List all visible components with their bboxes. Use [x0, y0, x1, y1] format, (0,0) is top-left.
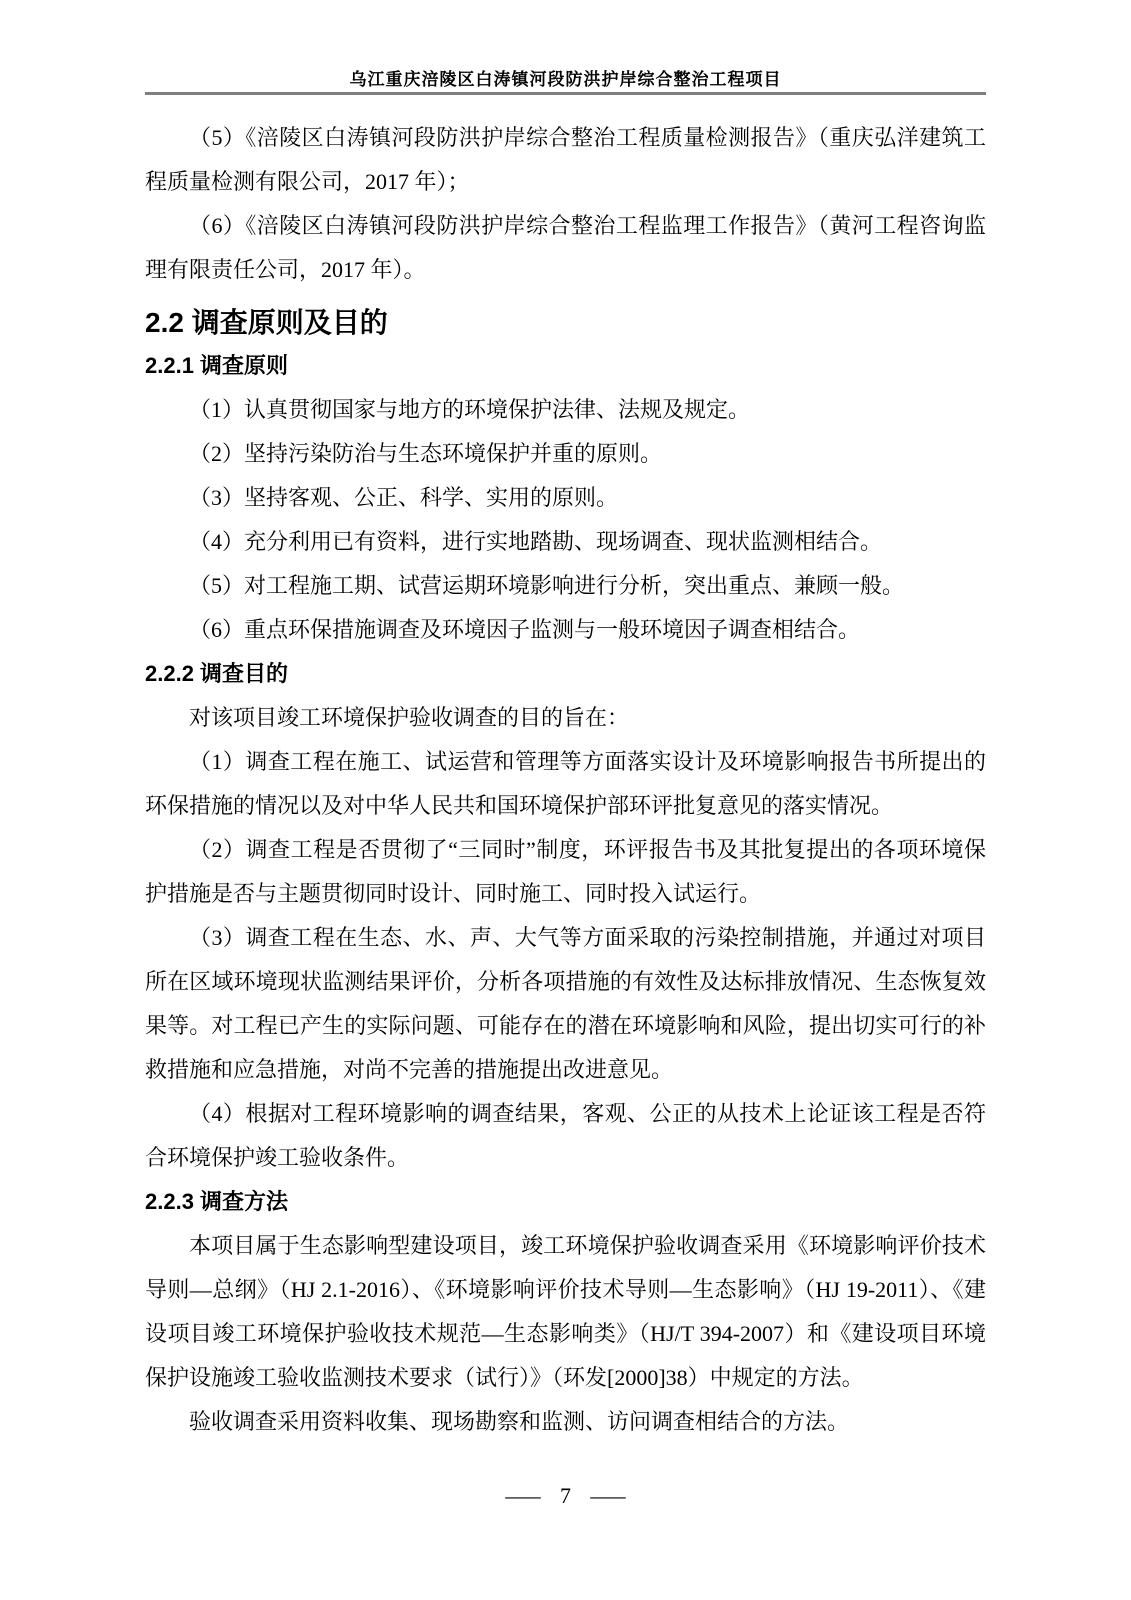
header-title: 乌江重庆涪陵区白涛镇河段防洪护岸综合整治工程项目: [145, 70, 986, 90]
principle-item-2: （2）坚持污染防治与生态环境保护并重的原则。: [145, 432, 986, 476]
principle-item-6: （6）重点环保措施调查及环境因子监测与一般环境因子调查相结合。: [145, 608, 986, 652]
document-body: （5）《涪陵区白涛镇河段防洪护岸综合整治工程质量检测报告》（重庆弘洋建筑工程质量…: [145, 116, 986, 1444]
principle-item-5: （5）对工程施工期、试营运期环境影响进行分析，突出重点、兼顾一般。: [145, 564, 986, 608]
purpose-paragraph-4: （4）根据对工程环境影响的调查结果，客观、公正的从技术上论证该工程是否符合环境保…: [145, 1092, 986, 1180]
footer-page-number: 7: [560, 1483, 571, 1509]
principle-item-4: （4）充分利用已有资料，进行实地踏勘、现场调查、现状监测相结合。: [145, 520, 986, 564]
reference-item-6: （6）《涪陵区白涛镇河段防洪护岸综合整治工程监理工作报告》（黄河工程咨询监理有限…: [145, 204, 986, 292]
purpose-paragraph-1: （1）调查工程在施工、试运营和管理等方面落实设计及环境影响报告书所提出的环保措施…: [145, 740, 986, 828]
header-rule: [145, 92, 986, 95]
reference-item-5: （5）《涪陵区白涛镇河段防洪护岸综合整治工程质量检测报告》（重庆弘洋建筑工程质量…: [145, 116, 986, 204]
footer-dash-right: —: [590, 1483, 625, 1509]
section-heading-2-2-2: 2.2.2 调查目的: [145, 660, 986, 688]
principle-item-3: （3）坚持客观、公正、科学、实用的原则。: [145, 476, 986, 520]
principle-item-1: （1）认真贯彻国家与地方的环境保护法律、法规及规定。: [145, 388, 986, 432]
purpose-paragraph-2: （2）调查工程是否贯彻了“三同时”制度，环评报告书及其批复提出的各项环境保护措施…: [145, 828, 986, 916]
purpose-paragraph-3: （3）调查工程在生态、水、声、大气等方面采取的污染控制措施，并通过对项目所在区域…: [145, 916, 986, 1092]
section-heading-2-2-3: 2.2.3 调查方法: [145, 1188, 986, 1216]
page-header: 乌江重庆涪陵区白涛镇河段防洪护岸综合整治工程项目: [145, 0, 986, 95]
method-paragraph-2: 验收调查采用资料收集、现场勘察和监测、访问调查相结合的方法。: [145, 1400, 986, 1444]
purpose-intro: 对该项目竣工环境保护验收调查的目的旨在：: [145, 696, 986, 740]
section-heading-2-2: 2.2 调查原则及目的: [145, 306, 986, 340]
page-footer: —7—: [0, 1483, 1131, 1509]
footer-dash-left: —: [505, 1483, 540, 1509]
section-heading-2-2-1: 2.2.1 调查原则: [145, 352, 986, 380]
method-paragraph-1: 本项目属于生态影响型建设项目，竣工环境保护验收调查采用《环境影响评价技术导则—总…: [145, 1224, 986, 1400]
document-page: 乌江重庆涪陵区白涛镇河段防洪护岸综合整治工程项目 （5）《涪陵区白涛镇河段防洪护…: [0, 0, 1131, 1600]
